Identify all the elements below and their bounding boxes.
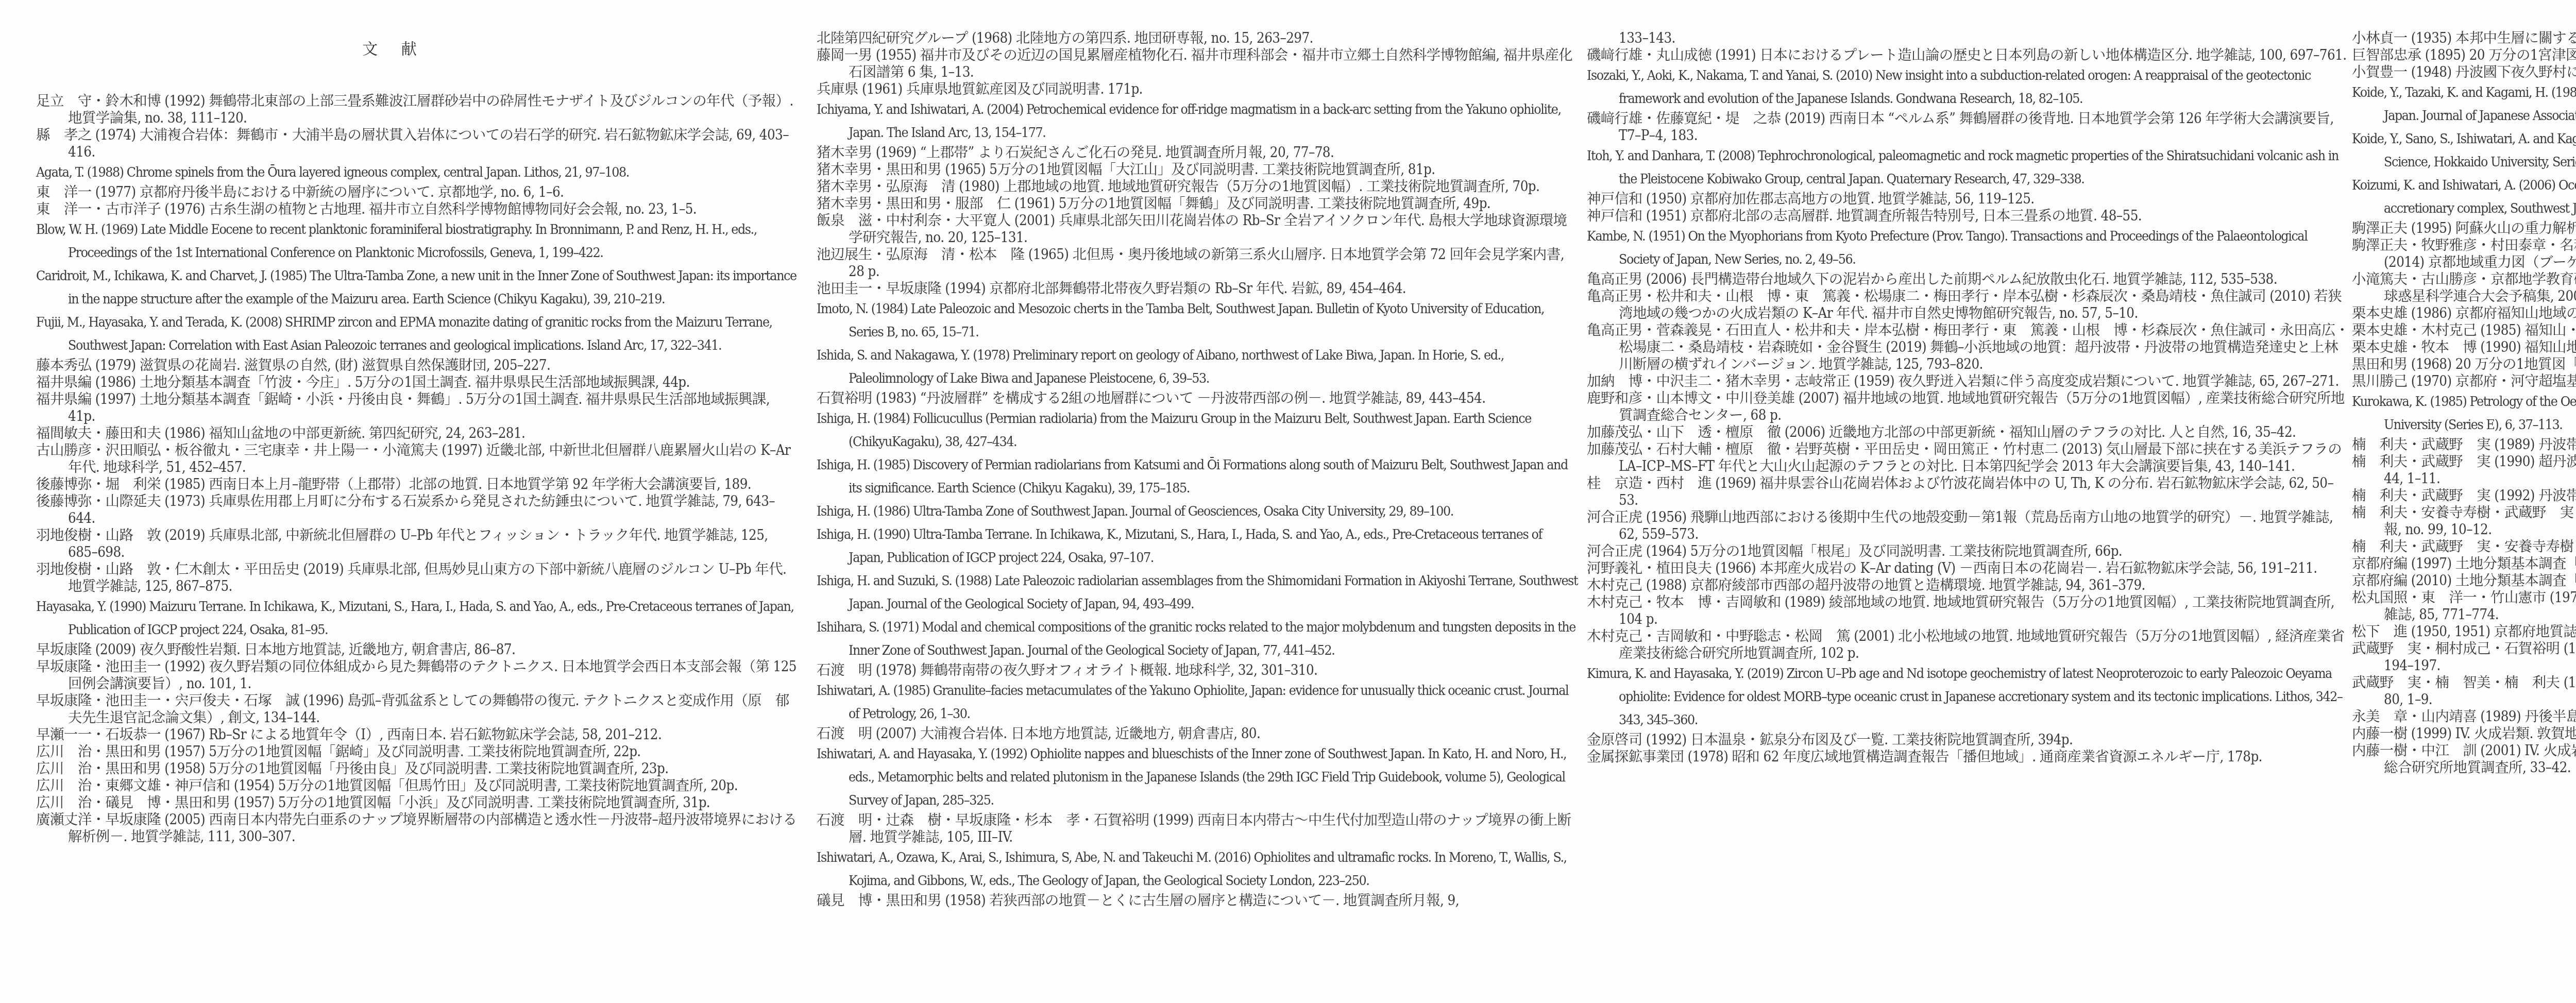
reference-entry: 藤本秀弘 (1979) 滋賀県の花崗岩. 滋賀県の自然, (財) 滋賀県自然保護… <box>36 357 799 374</box>
reference-entry: 小賀豊一 (1948) 丹波國下夜久野村に於ける三疊紀菊石の發見. 地質学雑誌,… <box>2352 64 2576 81</box>
reference-entry: 磯﨑行雄・丸山成徳 (1991) 日本におけるプレート造山論の歴史と日本列島の新… <box>1587 47 2349 64</box>
reference-entry: 133–143. <box>1587 30 2349 47</box>
reference-entry: 石渡 明 (2007) 大浦複合岩体. 日本地方地質誌, 近畿地方, 朝倉書店,… <box>817 725 1579 742</box>
reference-entry: 松丸国照・東 洋一・竹山憲市 (1979) 福井県丹生山地の中新統からの Mio… <box>2352 589 2576 623</box>
reference-list: 足立 守・鈴木和博 (1992) 舞鶴帯北東部の上部三畳系難波江層群砂岩中の砕屑… <box>36 93 799 845</box>
page-title: 文 献 <box>0 36 788 59</box>
reference-entry: Kimura, K. and Hayasaka, Y. (2019) Zirco… <box>1587 662 2349 732</box>
reference-entry: 加納 博・中沢圭二・猪木幸男・志岐常正 (1959) 夜久野迸入岩類に伴う高度変… <box>1587 373 2349 390</box>
reference-entry: 京都府編 (1997) 土地分類基本調査「宮津」. 5万分の1国土調査. 京都府… <box>2352 555 2576 572</box>
reference-entry: 東 洋一 (1977) 京都府丹後半島における中新統の層序について. 京都地学,… <box>36 184 799 201</box>
reference-entry: 松下 進 (1950, 1951) 京都府地質誌. 地学, no. 2, 1–4… <box>2352 623 2576 640</box>
reference-entry: 内藤一樹・中江 訓 (2001) IV. 火成岩類. 竹生島地域の地質, 地域地… <box>2352 742 2576 776</box>
reference-entry: 黒川勝己 (1970) 京都府・河守超塩基性岩体について. 地球科学, 24, … <box>2352 373 2576 390</box>
reference-entry: 栗本史雄・牧本 博 (1990) 福知山地域の地質. 地域地質研究報告（5万分の… <box>2352 339 2576 356</box>
reference-entry: 楠 利夫・武蔵野 実・安養寺寿樹・石賀裕明 (1986) 丹波帯と超丹波帯の砂岩… <box>2352 538 2576 555</box>
reference-entry: Caridroit, M., Ichikawa, K. and Charvet,… <box>36 264 799 311</box>
reference-entry: 広川 治・東郷文雄・神戸信和 (1954) 5万分の1地質図幅「但馬竹田」及び同… <box>36 777 799 794</box>
reference-entry: Ishiga, H. and Suzuki, S. (1988) Late Pa… <box>817 569 1579 616</box>
reference-entry: 桂 京造・西村 進 (1969) 福井県雲谷山花崗岩体および竹波花崗岩体中の U… <box>1587 475 2349 509</box>
reference-entry: 池辺展生・弘原海 清・松本 隆 (1965) 北但馬・奥丹後地域の新第三系火山層… <box>817 246 1579 280</box>
reference-entry: 廣瀬丈洋・早坂康隆 (2005) 西南日本内帯先白亜系のナップ境界断層帯の内部構… <box>36 811 799 845</box>
reference-entry: Ishiga, H. (1990) Ultra-Tamba Terrane. I… <box>817 523 1579 569</box>
reference-entry: 加藤茂弘・石村大輔・檀原 徹・岩野英樹・平田岳史・岡田篤正・竹村恵二 (2013… <box>1587 441 2349 475</box>
reference-entry: 金原啓司 (1992) 日本温泉・鉱泉分布図及び一覧. 工業技術院地質調査所, … <box>1587 732 2349 749</box>
reference-entry: 猪木幸男 (1969) “上郡帯” より石炭紀さんご化石の発見. 地質調査所月報… <box>817 144 1579 161</box>
reference-entry: 北陸第四紀研究グループ (1968) 北陸地方の第四系. 地団研専報, no. … <box>817 30 1579 47</box>
reference-entry: 後藤博弥・堀 利栄 (1985) 西南日本上月–龍野帯（上郡帯）北部の地質. 日… <box>36 476 799 493</box>
reference-entry: 武蔵野 実・桐村成己・石賀裕明 (1987) 超丹波帯大飯層からのペルム紀新世 … <box>2352 640 2576 674</box>
reference-entry: 福間敏夫・藤田和夫 (1986) 福知山盆地の中部更新統. 第四紀研究, 24,… <box>36 425 799 442</box>
reference-entry: Ishiga, H. (1984) Follicucullus (Permian… <box>817 407 1579 453</box>
reference-entry: 縣 孝之 (1974) 大浦複合岩体：舞鶴市・大浦半島の層状貫入岩体についての岩… <box>36 127 799 161</box>
reference-entry: Agata, T. (1988) Chrome spinels from the… <box>36 161 799 184</box>
reference-entry: Ishihara, S. (1971) Modal and chemical c… <box>817 616 1579 662</box>
reference-entry: Koide, Y., Tazaki, K. and Kagami, H. (19… <box>2352 81 2576 127</box>
reference-entry: 小滝篤夫・古山勝彦・京都地学教育研究会 (2009) 近畿北部京丹後市の花崗岩お… <box>2352 271 2576 305</box>
reference-entry: Koizumi, K. and Ishiwatari, A. (2006) Oc… <box>2352 174 2576 220</box>
reference-entry: 東 洋一・古市洋子 (1976) 古糸生湖の植物と古地理. 福井市立自然科学博物… <box>36 201 799 218</box>
reference-entry: 石渡 明 (1978) 舞鶴帯南帯の夜久野オフィオライト概報. 地球科学, 32… <box>817 662 1579 679</box>
reference-entry: 駒澤正夫 (1995) 阿蘇火山の重力解析と解釈. 測地学会誌, 41, 17–… <box>2352 220 2576 237</box>
reference-entry: 河野義礼・植田良夫 (1966) 本邦産火成岩の K–Ar dating (V)… <box>1587 560 2349 577</box>
reference-entry: 早坂康隆・池田圭一 (1992) 夜久野岩類の同位体組成から見た舞鶴帯のテクトニ… <box>36 658 799 692</box>
reference-entry: Koide, Y., Sano, S., Ishiwatari, A. and … <box>2352 127 2576 174</box>
reference-entry: Isozaki, Y., Aoki, K., Nakama, T. and Ya… <box>1587 64 2349 110</box>
reference-list: 133–143.磯﨑行雄・丸山成徳 (1991) 日本におけるプレート造山論の歴… <box>1587 30 2349 766</box>
reference-entry: Itoh, Y. and Danhara, T. (2008) Tephroch… <box>1587 144 2349 191</box>
reference-entry: Ishiga, H. (1986) Ultra-Tamba Zone of So… <box>817 500 1579 523</box>
reference-entry: 飯泉 滋・中村利奈・大平寛人 (2001) 兵庫県北部矢田川花崗岩体の Rb–S… <box>817 212 1579 246</box>
reference-entry: 兵庫県 (1961) 兵庫県地質鉱産図及び同説明書. 171p. <box>817 81 1579 98</box>
reference-entry: 石賀裕明 (1983) “丹波層群” を構成する2組の地層群について －丹波帯西… <box>817 390 1579 407</box>
reference-entry: Fujii, M., Hayasaka, Y. and Terada, K. (… <box>36 311 799 357</box>
reference-entry: 栗本史雄・木村克己 (1985) 福知山・綾部地域の舞鶴帯および超丹波帯のペルム… <box>2352 322 2576 339</box>
reference-entry: 加藤茂弘・山下 透・檀原 徹 (2006) 近畿地方北部の中部更新統・福知山層の… <box>1587 424 2349 441</box>
reference-entry: 亀高正男・菅森義晃・石田直人・松井和夫・岸本弘樹・梅田孝行・東 篤義・山根 博・… <box>1587 322 2349 373</box>
reference-entry: 亀高正男・松井和夫・山根 博・東 篤義・松場康二・梅田孝行・岸本弘樹・杉森辰次・… <box>1587 288 2349 322</box>
reference-entry: Kurokawa, K. (1985) Petrology of the Oey… <box>2352 390 2576 436</box>
reference-entry: 永美 章・山内靖喜 (1989) 丹後半島南東部の北但層群. 島根大学地質学研究… <box>2352 708 2576 725</box>
reference-entry: 楠 利夫・武蔵野 実 (1992) 丹波帯の三畳系–下部ジュラ系の砂岩組成とその… <box>2352 487 2576 504</box>
reference-entry: 福井県編 (1986) 土地分類基本調査「竹波・今庄」. 5万分の1国土調査. … <box>36 374 799 391</box>
reference-entry: Ishiga, H. (1985) Discovery of Permian r… <box>817 453 1579 500</box>
reference-entry: 小林貞一 (1935) 本邦中生層に關する二三の新事實. 地質学雑誌, 42, … <box>2352 30 2576 47</box>
reference-entry: 羽地俊樹・山路 敦 (2019) 兵庫県北部, 中新統北但層群の U–Pb 年代… <box>36 527 799 561</box>
reference-entry: 後藤博弥・山際延夫 (1973) 兵庫県佐用郡上月町に分布する石炭系から発見され… <box>36 493 799 527</box>
reference-entry: 早瀬一一・石坂恭一 (1967) Rb–Sr による地質年令（I）, 西南日本.… <box>36 726 799 743</box>
reference-entry: 武蔵野 実・楠 智美・楠 利夫 (1992) 丹波帯の構造的最上部位に見られる三… <box>2352 674 2576 708</box>
reference-entry: 内藤一樹 (1999) IV. 火成岩類. 敦賀地域の地質, 地域地質研究報告（… <box>2352 725 2576 742</box>
reference-entry: Hayasaka, Y. (1990) Maizuru Terrane. In … <box>36 595 799 641</box>
reference-entry: 河合正虎 (1964) 5万分の1地質図幅「根尾」及び同説明書. 工業技術院地質… <box>1587 543 2349 560</box>
reference-entry: 足立 守・鈴木和博 (1992) 舞鶴帯北東部の上部三畳系難波江層群砂岩中の砕屑… <box>36 93 799 127</box>
reference-entry: 猪木幸男・黒田和男・服部 仁 (1961) 5万分の1地質図幅「舞鶴」及び同説明… <box>817 195 1579 212</box>
reference-entry: 福井県編 (1997) 土地分類基本調査「鋸崎・小浜・丹後由良・舞鶴」. 5万分… <box>36 391 799 425</box>
reference-entry: 磯﨑行雄・佐藤寛紀・堤 之恭 (2019) 西南日本 “ペルム系” 舞鶴層群の後… <box>1587 110 2349 144</box>
reference-entry: Ishiwatari, A., Ozawa, K., Arai, S., Ish… <box>817 846 1579 892</box>
reference-entry: 古山勝彦・沢田順弘・板谷徹丸・三宅康幸・井上陽一・小滝篤夫 (1997) 近畿北… <box>36 442 799 476</box>
reference-entry: 礒見 博・黒田和男 (1958) 若狭西部の地質－とくに古生層の層序と構造につい… <box>817 892 1579 909</box>
reference-entry: 木村克己 (1988) 京都府綾部市西部の超丹波帯の地質と造構環境. 地質学雑誌… <box>1587 577 2349 594</box>
reference-entry: 猪木幸男・弘原海 清 (1980) 上郡地域の地質. 地域地質研究報告（5万分の… <box>817 178 1579 195</box>
reference-entry: 池田圭一・早坂康隆 (1994) 京都府北部舞鶴帯北帯夜久野岩類の Rb–Sr … <box>817 280 1579 297</box>
reference-entry: 神戸信和 (1951) 京都府北部の志高層群. 地質調査所報告特別号, 日本三畳… <box>1587 208 2349 225</box>
reference-entry: 木村克己・吉岡敏和・中野聡志・松岡 篤 (2001) 北小松地域の地質. 地域地… <box>1587 628 2349 662</box>
reference-entry: 石渡 明・辻森 樹・早坂康隆・杉本 孝・石賀裕明 (1999) 西南日本内帯古～… <box>817 812 1579 846</box>
references-page: 文 献 足立 守・鈴木和博 (1992) 舞鶴帯北東部の上部三畳系難波江層群砂岩… <box>0 0 2576 1003</box>
reference-entry: 広川 治・黒田和男 (1958) 5万分の1地質図幅「丹後由良」及び同説明書. … <box>36 760 799 777</box>
reference-entry: 駒澤正夫・牧野雅彦・村田泰章・名和一成・上嶋正人・岸本清行・大熊茂雄・伊東 忍・… <box>2352 237 2576 271</box>
reference-entry: 猪木幸男・黒田和男 (1965) 5万分の1地質図幅「大江山」及び同説明書. 工… <box>817 161 1579 178</box>
reference-entry: 巨智部忠承 (1895) 20 万分の1宮津図幅地質説明書. 農商務省地質調査所… <box>2352 47 2576 64</box>
reference-entry: 河合正虎 (1956) 飛騨山地西部における後期中生代の地殻変動－第1報（荒島岳… <box>1587 509 2349 543</box>
reference-entry: Blow, W. H. (1969) Late Middle Eocene to… <box>36 218 799 264</box>
reference-entry: 栗本史雄 (1986) 京都府福知山地域の超丹波帯－構成岩類と分布について－. … <box>2352 305 2576 322</box>
reference-list: 北陸第四紀研究グループ (1968) 北陸地方の第四系. 地団研専報, no. … <box>817 30 1579 909</box>
reference-entry: 楠 利夫・安養寺寿樹・武蔵野 実・石賀裕明 (1985) 丹波帯北部に分布する灰… <box>2352 504 2576 538</box>
reference-entry: Ishiwatari, A. and Hayasaka, Y. (1992) O… <box>817 742 1579 812</box>
reference-list: 小林貞一 (1935) 本邦中生層に關する二三の新事實. 地質学雑誌, 42, … <box>2352 30 2576 776</box>
reference-entry: 藤岡一男 (1955) 福井市及びその近辺の国見累層産植物化石. 福井市理科部会… <box>817 47 1579 81</box>
reference-entry: 広川 治・礒見 博・黒田和男 (1957) 5万分の1地質図幅「小浜」及び同説明… <box>36 794 799 811</box>
reference-entry: 羽地俊樹・山路 敦・仁木創太・平田岳史 (2019) 兵庫県北部, 但馬妙見山東… <box>36 561 799 595</box>
reference-entry: 楠 利夫・武蔵野 実 (1989) 丹波帯砂岩の特性. 地球科学, 43, 75… <box>2352 436 2576 453</box>
reference-entry: Kambe, N. (1951) On the Myophorians from… <box>1587 225 2349 271</box>
reference-entry: 早坂康隆 (2009) 夜久野酸性岩類. 日本地方地質誌, 近畿地方, 朝倉書店… <box>36 641 799 658</box>
reference-entry: 早坂康隆・池田圭一・宍戸俊夫・石塚 誠 (1996) 島弧–背弧盆系としての舞鶴… <box>36 692 799 726</box>
reference-entry: 金属探鉱事業団 (1978) 昭和 62 年度広域地質構造調査報告「播但地域」.… <box>1587 749 2349 766</box>
reference-entry: 鹿野和彦・山本博文・中川登美雄 (2007) 福井地域の地質. 地域地質研究報告… <box>1587 390 2349 424</box>
reference-entry: 木村克己・牧本 博・吉岡敏和 (1989) 綾部地域の地質. 地域地質研究報告（… <box>1587 594 2349 628</box>
reference-entry: 京都府編 (2010) 土地分類基本調査「網野・冠島」. 5万分の1国土調査. … <box>2352 572 2576 589</box>
reference-entry: 神戸信和 (1950) 京都府加佐郡志高地方の地質. 地質学雑誌, 56, 11… <box>1587 191 2349 208</box>
reference-entry: 黒田和男 (1968) 20 万分の1地質図「宮津」. 工業技術院地質調査所. <box>2352 356 2576 373</box>
reference-entry: 亀高正男 (2006) 長門構造帯台地域久下の泥岩から産出した前期ペルム紀放散虫… <box>1587 271 2349 288</box>
reference-entry: Ishiwatari, A. (1985) Granulite–facies m… <box>817 679 1579 725</box>
reference-entry: Imoto, N. (1984) Late Paleozoic and Meso… <box>817 297 1579 344</box>
reference-entry: Ichiyama, Y. and Ishiwatari, A. (2004) P… <box>817 98 1579 144</box>
reference-entry: 広川 治・黒田和男 (1957) 5万分の1地質図幅「鋸崎」及び同説明書. 工業… <box>36 743 799 760</box>
reference-entry: Ishida, S. and Nakagawa, Y. (1978) Preli… <box>817 344 1579 390</box>
reference-entry: 楠 利夫・武蔵野 実 (1990) 超丹波帯・丹波帯および舞鶴帯のペルム–三畳系… <box>2352 453 2576 487</box>
